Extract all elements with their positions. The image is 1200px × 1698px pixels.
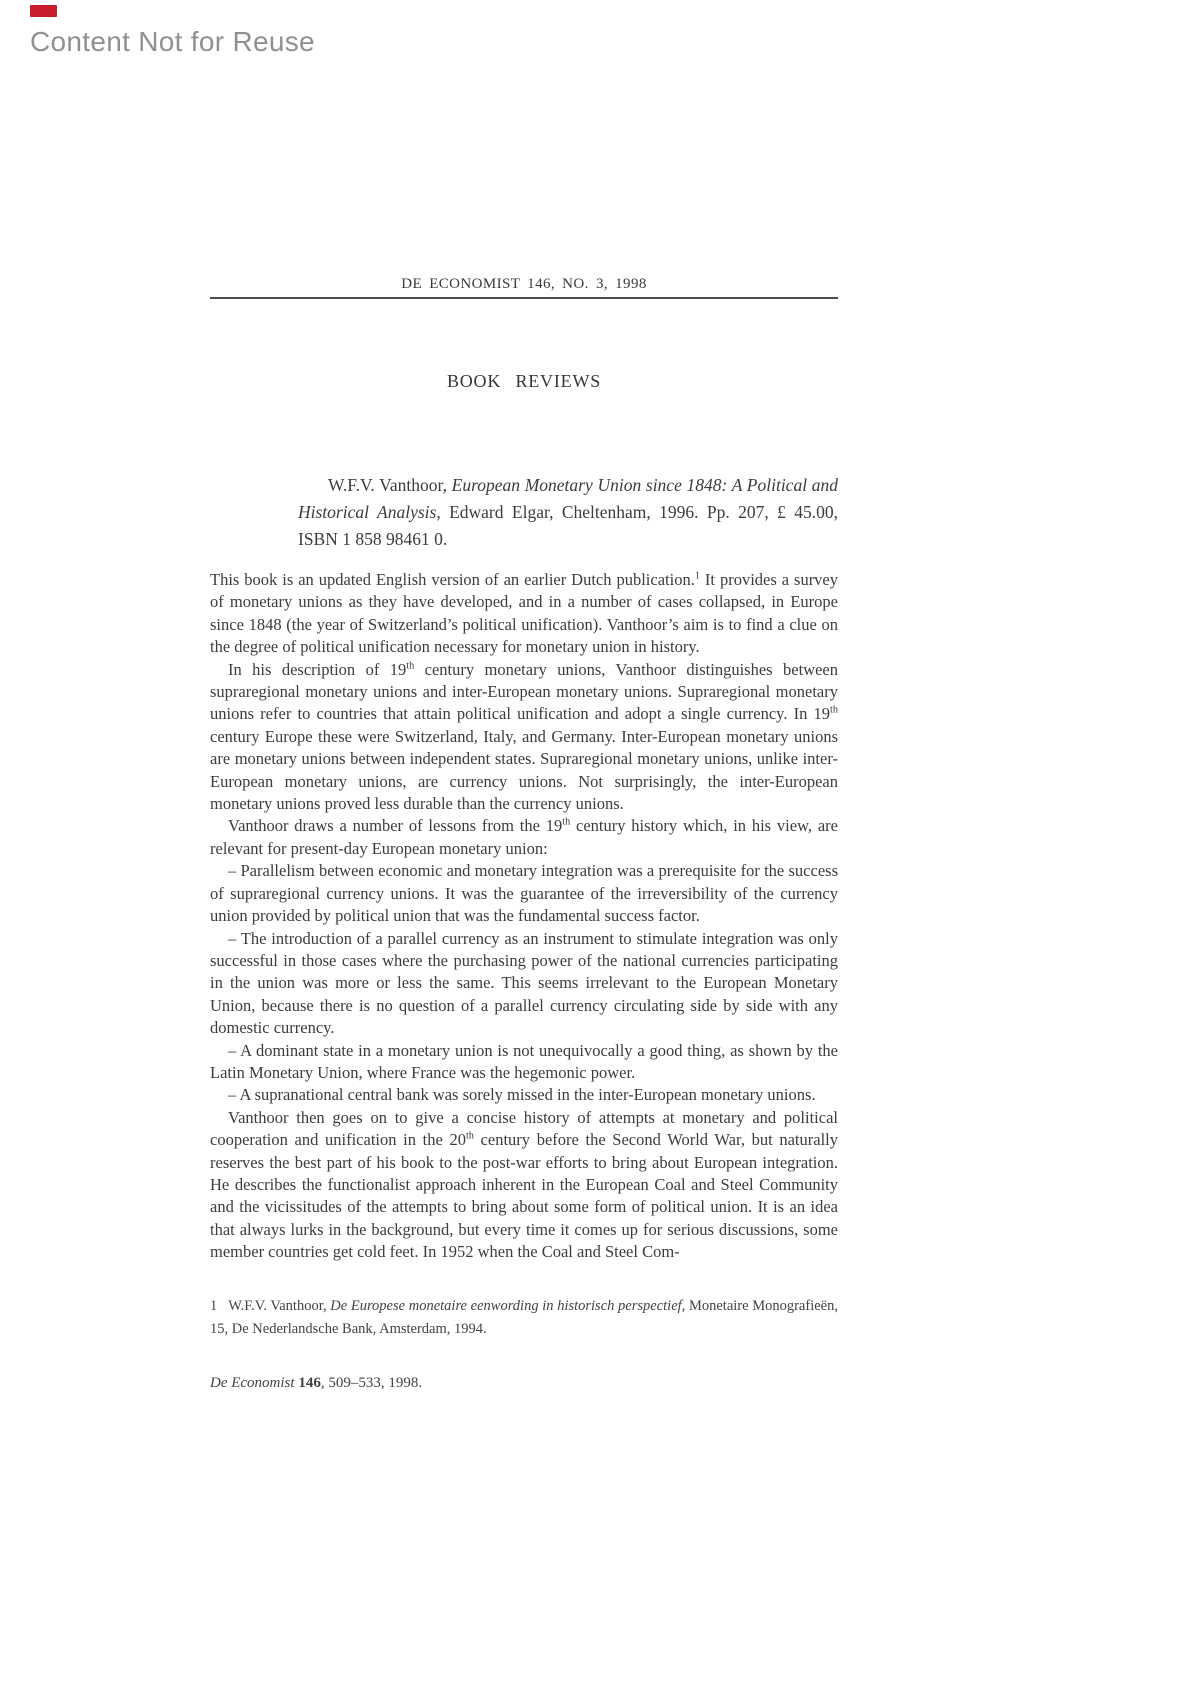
review-list-item-1: – Parallelism between economic and monet… (210, 860, 838, 927)
review-list-item-3: – A dominant state in a monetary union i… (210, 1040, 838, 1085)
review-body: This book is an updated English version … (210, 569, 838, 1264)
review-paragraph-1: This book is an updated English version … (210, 569, 838, 659)
red-logo-mark (30, 5, 57, 17)
review-paragraph-2: In his description of 19th century monet… (210, 659, 838, 816)
book-citation: W.F.V. Vanthoor, European Monetary Union… (298, 472, 838, 553)
journal-reference: De Economist 146, 509–533, 1998. (210, 1375, 838, 1392)
section-title: BOOK REVIEWS (210, 371, 838, 392)
review-list-item-2: – The introduction of a parallel currenc… (210, 928, 838, 1040)
header-rule (210, 297, 838, 299)
review-paragraph-3: Vanthoor draws a number of lessons from … (210, 815, 838, 860)
running-head: DE ECONOMIST 146, NO. 3, 1998 (210, 276, 838, 293)
review-list-item-4: – A supranational central bank was sorel… (210, 1084, 838, 1106)
watermark-text: Content Not for Reuse (30, 26, 315, 58)
journal-page: DE ECONOMIST 146, NO. 3, 1998 BOOK REVIE… (210, 0, 838, 1392)
footnote: 1 W.F.V. Vanthoor, De Europese monetaire… (210, 1295, 838, 1341)
review-paragraph-4: Vanthoor then goes on to give a concise … (210, 1107, 838, 1264)
